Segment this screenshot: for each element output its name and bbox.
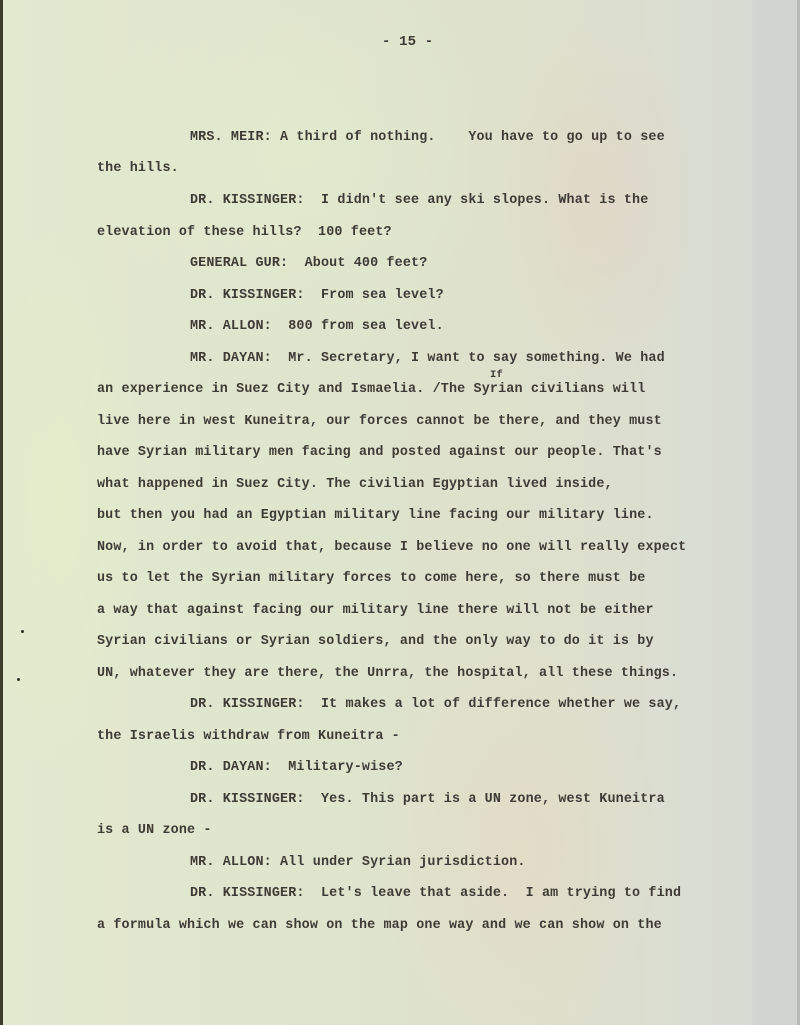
transcript-line: Now, in order to avoid that, because I b… <box>97 540 686 555</box>
transcript-line: MR. DAYAN: Mr. Secretary, I want to say … <box>190 351 665 366</box>
transcript-line: a way that against facing our military l… <box>97 603 654 618</box>
document-page: - 15 - MRS. MEIR: A third of nothing. Yo… <box>0 0 800 1025</box>
transcript-line: DR. KISSINGER: It makes a lot of differe… <box>190 697 681 712</box>
transcript-line: a formula which we can show on the map o… <box>97 918 662 933</box>
transcript-line: UN, whatever they are there, the Unrra, … <box>97 666 678 681</box>
transcript-line: is a UN zone - <box>97 823 212 838</box>
page-number: - 15 - <box>382 34 433 50</box>
transcript-line: DR. KISSINGER: From sea level? <box>190 288 444 303</box>
transcript-line: GENERAL GUR: About 400 feet? <box>190 256 427 271</box>
handwritten-insert: If <box>490 369 503 381</box>
transcript-line: the hills. <box>97 161 179 176</box>
scan-speck <box>21 630 24 633</box>
transcript-line: us to let the Syrian military forces to … <box>97 571 645 586</box>
transcript-line: have Syrian military men facing and post… <box>97 445 662 460</box>
scan-speck <box>17 678 20 681</box>
transcript-line: Syrian civilians or Syrian soldiers, and… <box>97 634 654 649</box>
transcript-line: DR. KISSINGER: I didn't see any ski slop… <box>190 193 648 208</box>
transcript-line: elevation of these hills? 100 feet? <box>97 225 392 240</box>
transcript-line: MR. ALLON: All under Syrian jurisdiction… <box>190 855 526 870</box>
transcript-line: MR. ALLON: 800 from sea level. <box>190 319 444 334</box>
transcript-line: DR. DAYAN: Military-wise? <box>190 760 403 775</box>
transcript-line: DR. KISSINGER: Yes. This part is a UN zo… <box>190 792 665 807</box>
transcript-line: the Israelis withdraw from Kuneitra - <box>97 729 400 744</box>
transcript-line: what happened in Suez City. The civilian… <box>97 477 613 492</box>
transcript-line: DR. KISSINGER: Let's leave that aside. I… <box>190 886 681 901</box>
transcript-line: an experience in Suez City and Ismaelia.… <box>97 382 645 397</box>
transcript-line: live here in west Kuneitra, our forces c… <box>97 414 662 429</box>
scan-left-border <box>0 0 3 1025</box>
transcript-line: but then you had an Egyptian military li… <box>97 508 654 523</box>
transcript-line: MRS. MEIR: A third of nothing. You have … <box>190 130 665 145</box>
scan-right-margin-shadow <box>752 0 798 1025</box>
